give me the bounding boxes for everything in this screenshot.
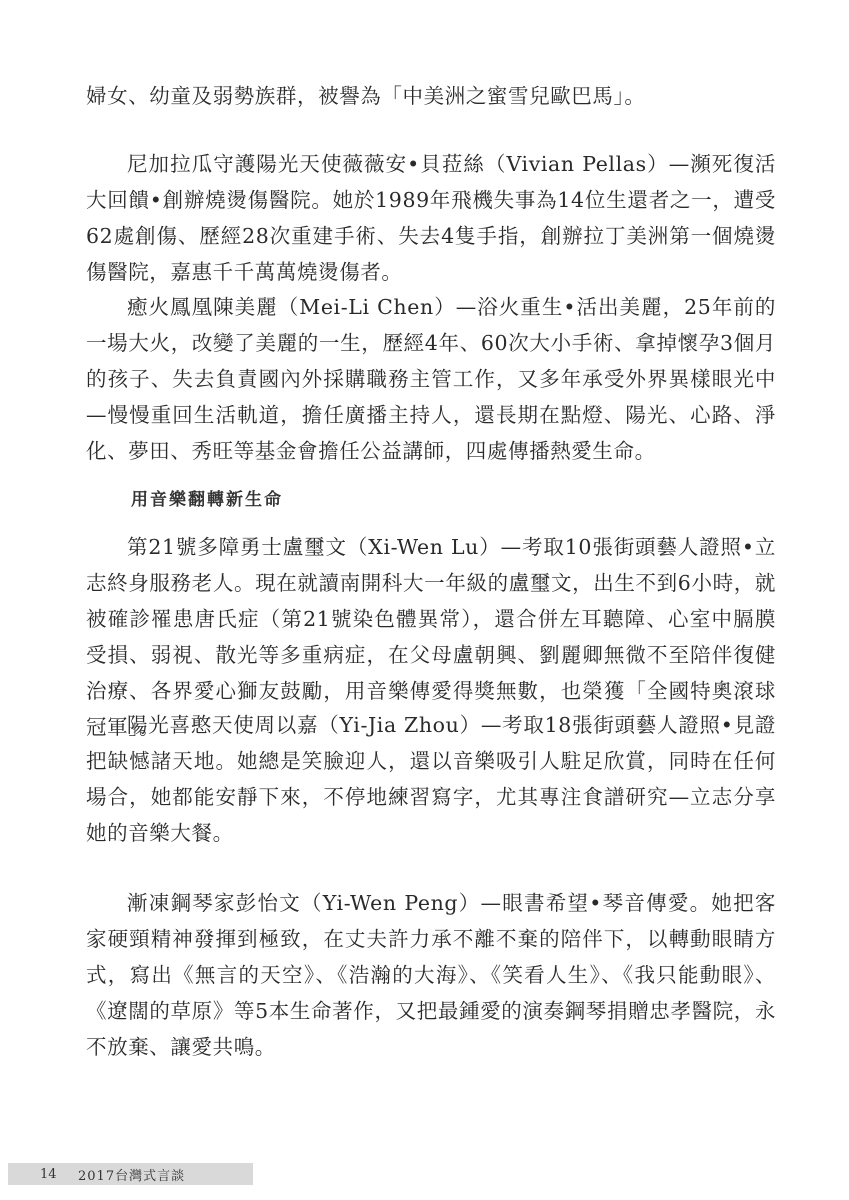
paragraph-continuation: 婦女、幼童及弱勢族群，被譽為「中美洲之蜜雪兒歐巴馬」。	[86, 78, 776, 114]
page-footer: 14 2017台灣式言談	[8, 1163, 253, 1185]
paragraph-yi-jia-zhou: 陽光喜憨天使周以嘉（Yi-Jia Zhou）—考取18張街頭藝人證照•見證把缺憾…	[86, 707, 776, 851]
section-heading: 用音樂翻轉新生命	[131, 485, 283, 510]
page-number: 14	[40, 1167, 78, 1182]
document-page: 婦女、幼童及弱勢族群，被譽為「中美洲之蜜雪兒歐巴馬」。 尼加拉瓜守護陽光天使薇薇…	[0, 0, 849, 1200]
paragraph-vivian-pellas: 尼加拉瓜守護陽光天使薇薇安•貝菈絲（Vivian Pellas）—瀕死復活大回饋…	[86, 146, 776, 290]
publication-title: 2017台灣式言談	[78, 1165, 185, 1184]
paragraph-mei-li-chen: 癒火鳳凰陳美麗（Mei-Li Chen）—浴火重生•活出美麗，25年前的一場大火…	[86, 289, 776, 469]
paragraph-yi-wen-peng: 漸凍鋼琴家彭怡文（Yi-Wen Peng）—眼書希望•琴音傳愛。她把客家硬頸精神…	[86, 885, 776, 1065]
